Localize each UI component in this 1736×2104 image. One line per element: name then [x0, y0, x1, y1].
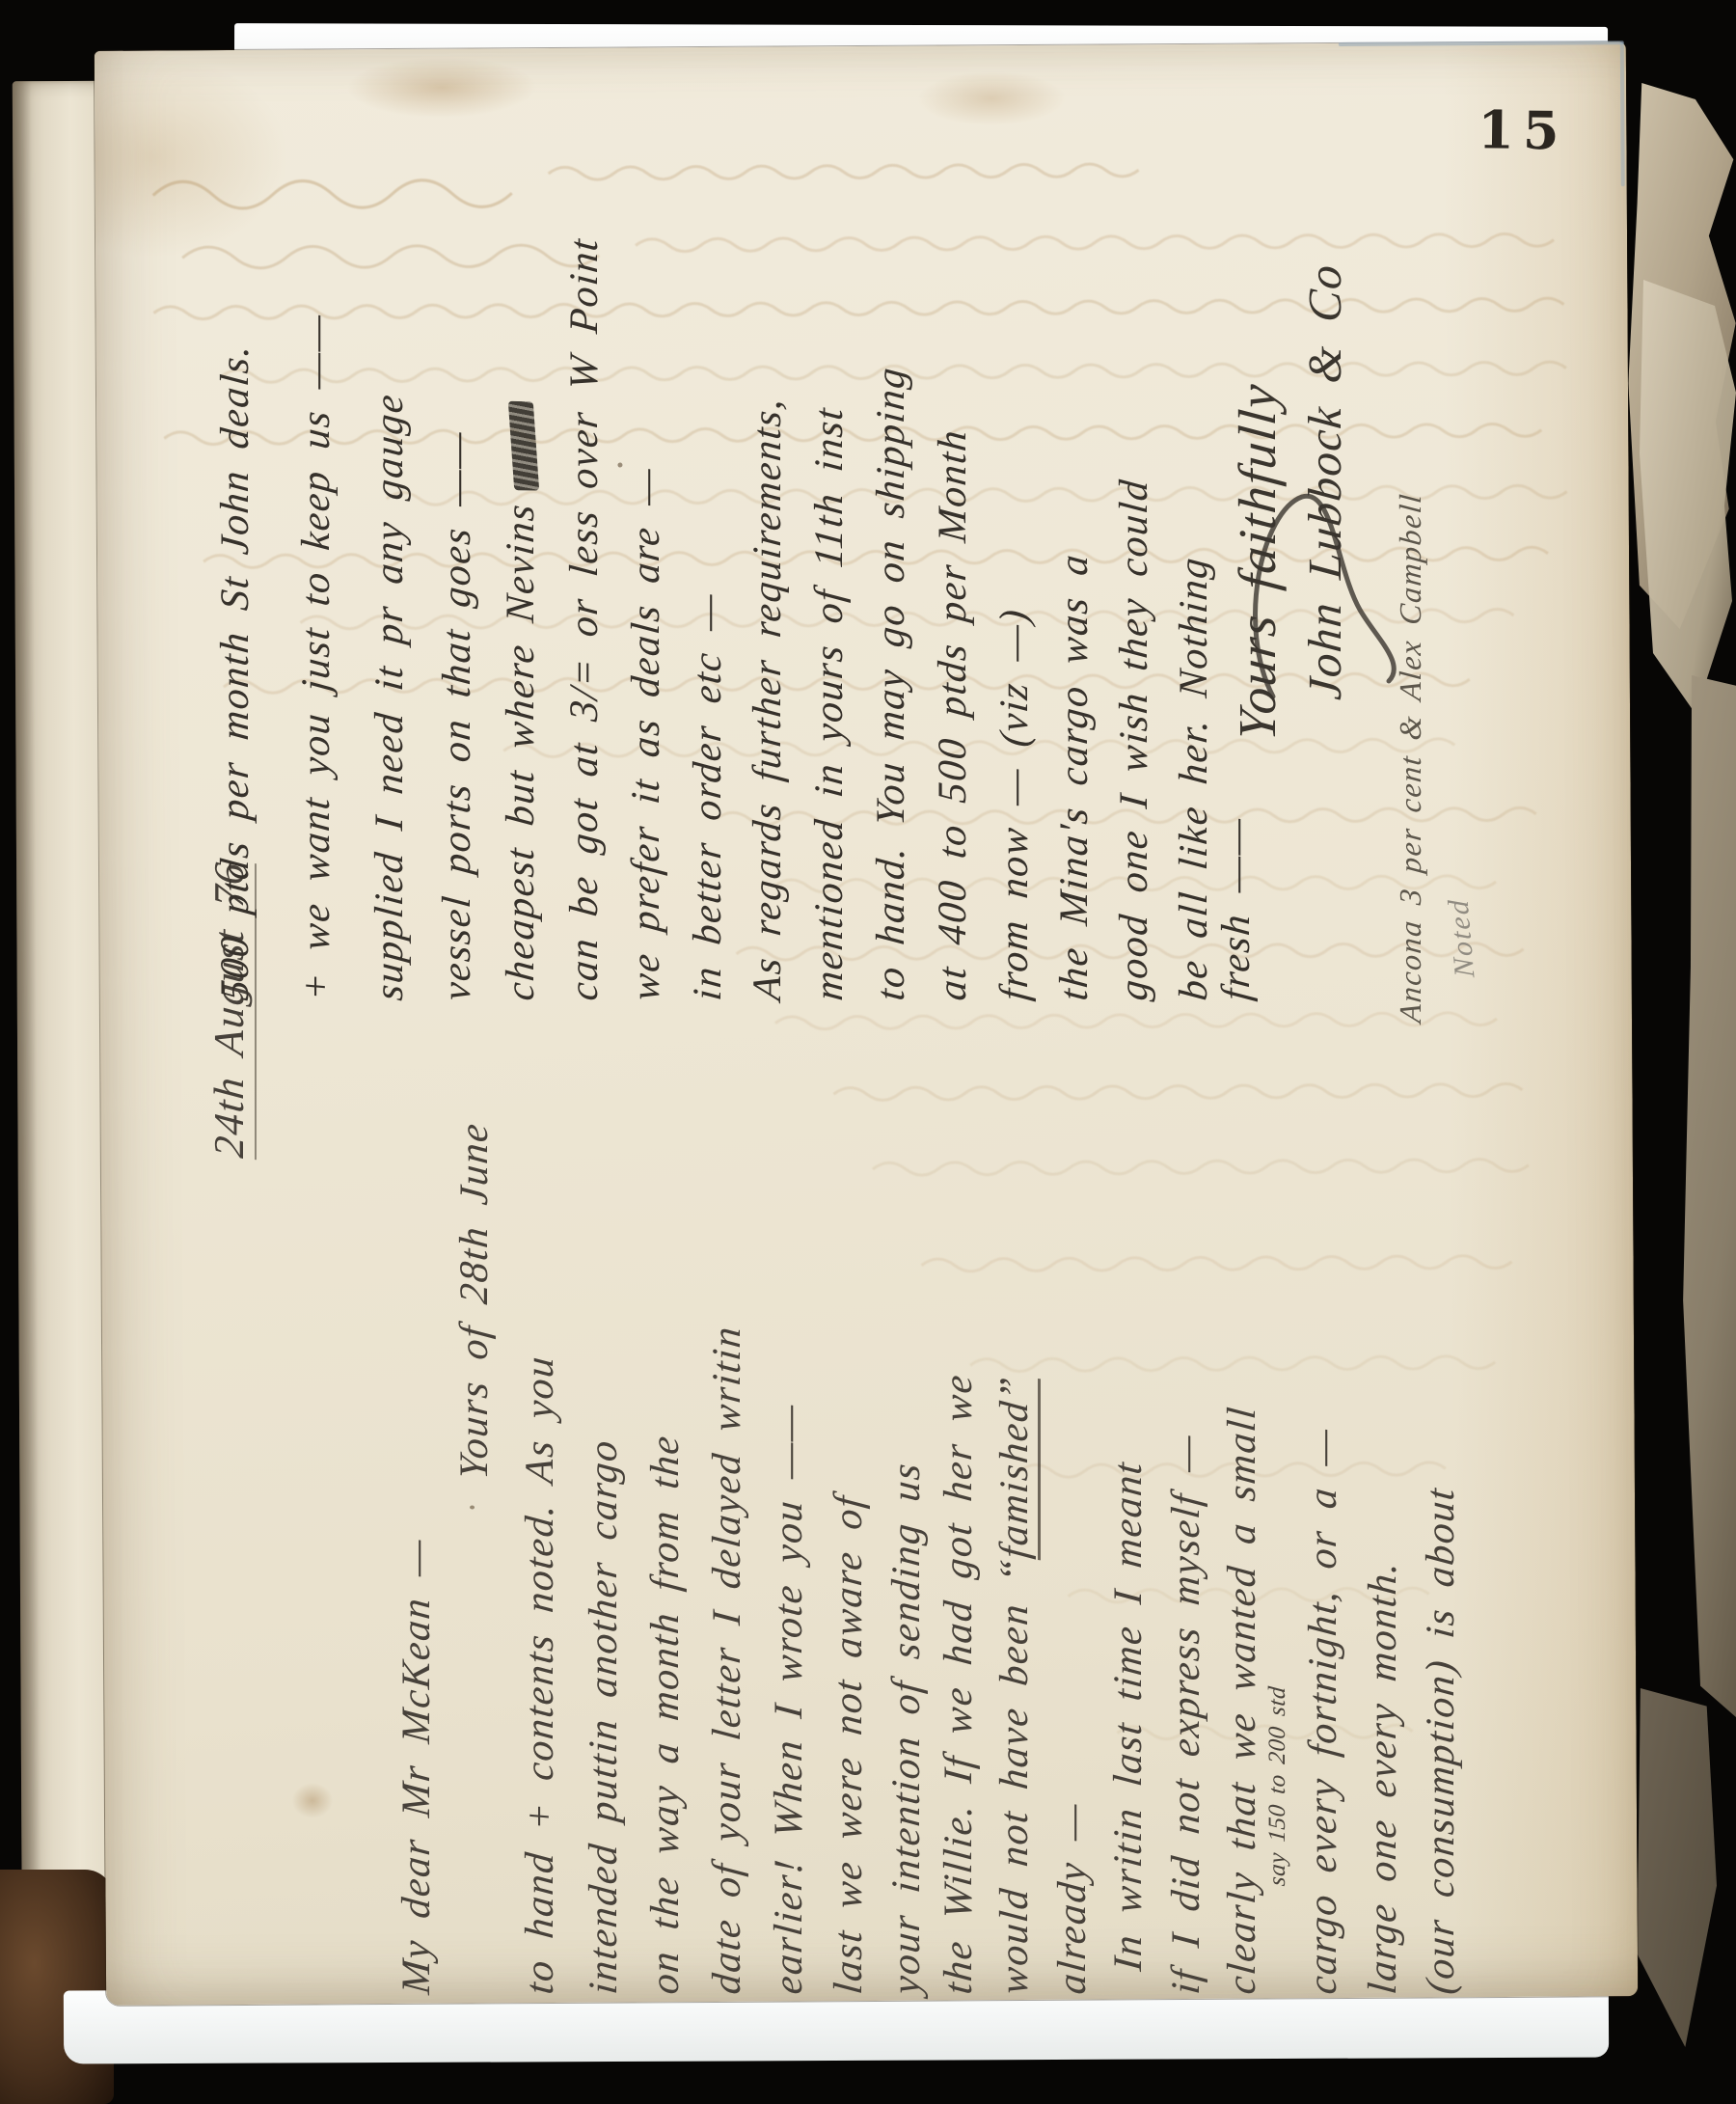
letter-line: in better order etc —	[686, 591, 731, 1002]
underlined-word: famished”	[992, 1375, 1041, 1561]
letter-line: from now — (viz —)	[992, 607, 1038, 1002]
letter-line: clearly that we wanted a small	[1220, 1404, 1265, 1996]
letter-line: on the way a month from the	[643, 1433, 689, 1996]
letter-line: can be got at 3/= or less over W Point	[562, 236, 608, 1002]
letter-salutation: My dear Mr McKean —	[394, 1537, 440, 1996]
torn-stub	[1640, 280, 1736, 714]
letter-line: supplied I need it pr any gauge	[367, 392, 413, 1002]
letter-line: last we were not aware of	[827, 1493, 872, 1996]
letter-line: cargo every fortnight, or a —	[1301, 1426, 1346, 1996]
line-text: cheapest but where Nevins	[499, 502, 543, 1002]
letter-line: fresh ——	[1214, 815, 1260, 1002]
interline-insert: say 150 to 200 std	[1264, 1685, 1291, 1887]
handwriting-layer: 24th August 76 My dear Mr McKean — Yours…	[92, 53, 1596, 2011]
letter-line: + we want you just to keep us ——	[294, 312, 339, 1002]
pencil-annotation: Noted	[1443, 898, 1482, 977]
letter-line: large one every month.	[1361, 1559, 1406, 1996]
line-text: would not have been “	[992, 1556, 1037, 1996]
letter-line: the Mina's cargo was a	[1052, 552, 1098, 1002]
signature-flourish	[1244, 463, 1427, 714]
photo-background: 15 24th August 76 My dear Mr McKean — Yo…	[0, 0, 1736, 2104]
letter-line: be all like her. Nothing	[1172, 555, 1217, 1002]
letter-line: your intention of sending us	[884, 1461, 930, 1996]
torn-stub	[1682, 675, 1736, 1717]
letter-line: earlier! When I wrote you ——	[767, 1402, 812, 1996]
letter-line: if I did not express myself —	[1164, 1433, 1209, 1996]
letter-line: mentioned in yours of 11th inst	[807, 405, 853, 1002]
letter-line: vessel ports on that goes ——	[435, 429, 480, 1002]
letter-line: (our consumption) is about	[1419, 1486, 1464, 1996]
letter-line: to hand. You may go on shipping	[869, 365, 914, 1002]
letter-line: the Willie. If we had got her we	[936, 1372, 982, 1996]
letter-line: date of your letter I delayed writin	[705, 1324, 750, 1996]
letter-line: As regards further requirements,	[746, 396, 791, 1002]
letter-line-with-scribble: cheapest but where Nevins	[499, 399, 544, 1002]
letter-line: Yours of 28th June	[452, 1121, 498, 1481]
crossed-out-word	[508, 401, 539, 491]
letter-line: at 400 to 500 ptds per Month	[931, 427, 976, 1002]
letter-line: 500 ptds per month St John deals.	[213, 342, 258, 1002]
letter-line: to hand + contents noted. As you	[518, 1353, 563, 1996]
letter-line: good one I wish they could	[1112, 478, 1157, 1003]
letter-line: we prefer it as deals are —	[624, 466, 669, 1002]
letter-line: In writin last time I meant	[1106, 1460, 1152, 1973]
letter-line-famished: would not have been “famished”	[992, 1375, 1038, 1996]
letter-line: already —	[1050, 1801, 1096, 1996]
torn-stub	[1634, 1688, 1717, 2047]
letter-line: intended puttin another cargo	[582, 1437, 627, 1996]
